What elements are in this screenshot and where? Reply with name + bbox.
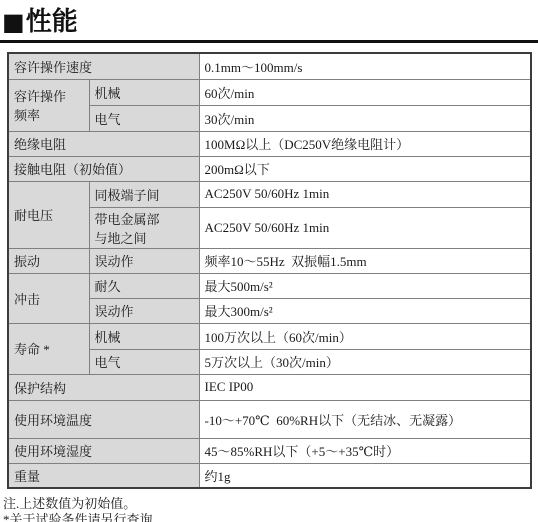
spec-value-cell: IEC IP00 <box>199 374 531 400</box>
table-row: 振动误动作频率10～55Hz 双振幅1.5mm <box>8 248 531 273</box>
spec-sheet-page: ■ 性能 容许操作速度0.1mm～100mm/s容许操作 频率机械60次/min… <box>0 0 538 522</box>
spec-label-cell: 同极端子间 <box>89 181 199 207</box>
table-row: 容许操作 频率机械60次/min <box>8 79 531 105</box>
table-row: 使用环境温度-10～+70℃ 60%RH以下（无结冰、无凝露） <box>8 400 531 438</box>
title-rule <box>0 40 538 43</box>
spec-label-cell: 冲击 <box>8 273 89 323</box>
spec-value-cell: 100MΩ以上（DC250V绝缘电阻计） <box>199 131 531 156</box>
spec-label-cell: 耐久 <box>89 273 199 298</box>
spec-value-cell: 最大300m/s² <box>199 298 531 323</box>
table-row: 重量约1g <box>8 463 531 488</box>
spec-label-cell: 使用环境温度 <box>8 400 199 438</box>
spec-label-cell: 振动 <box>8 248 89 273</box>
spec-label-cell: 使用环境湿度 <box>8 438 199 463</box>
spec-label-cell: 绝缘电阻 <box>8 131 199 156</box>
spec-value-cell: 频率10～55Hz 双振幅1.5mm <box>199 248 531 273</box>
spec-value-cell: 约1g <box>199 463 531 488</box>
footnote-line: *关于试验条件请另行查询 <box>3 512 538 522</box>
spec-label-cell: 带电金属部 与地之间 <box>89 207 199 248</box>
table-row: 绝缘电阻100MΩ以上（DC250V绝缘电阻计） <box>8 131 531 156</box>
table-row: 使用环境湿度45～85%RH以下（+5～+35℃时） <box>8 438 531 463</box>
spec-value-cell: 最大500m/s² <box>199 273 531 298</box>
spec-label-cell: 重量 <box>8 463 199 488</box>
spec-label-cell: 电气 <box>89 105 199 131</box>
table-row: 冲击耐久最大500m/s² <box>8 273 531 298</box>
spec-label-cell: 耐电压 <box>8 181 89 248</box>
spec-value-cell: AC250V 50/60Hz 1min <box>199 207 531 248</box>
spec-table-body: 容许操作速度0.1mm～100mm/s容许操作 频率机械60次/min电气30次… <box>8 53 531 488</box>
footnote-line: 注.上述数值为初始值。 <box>3 496 538 512</box>
table-row: 寿命 *机械100万次以上（60次/min） <box>8 323 531 349</box>
spec-label-cell: 接触电阻（初始值） <box>8 156 199 181</box>
spec-value-cell: 200mΩ以下 <box>199 156 531 181</box>
spec-value-cell: 30次/min <box>199 105 531 131</box>
spec-label-cell: 误动作 <box>89 298 199 323</box>
spec-value-cell: 0.1mm～100mm/s <box>199 53 531 79</box>
section-title-text: 性能 <box>26 7 78 37</box>
spec-value-cell: 5万次以上（30次/min） <box>199 349 531 374</box>
spec-label-cell: 容许操作 频率 <box>8 79 89 131</box>
table-row: 耐电压同极端子间AC250V 50/60Hz 1min <box>8 181 531 207</box>
spec-table: 容许操作速度0.1mm～100mm/s容许操作 频率机械60次/min电气30次… <box>7 52 532 489</box>
spec-value-cell: 60次/min <box>199 79 531 105</box>
spec-label-cell: 容许操作速度 <box>8 53 199 79</box>
table-row: 保护结构IEC IP00 <box>8 374 531 400</box>
spec-label-cell: 寿命 * <box>8 323 89 374</box>
section-marker-icon: ■ <box>2 7 25 37</box>
spec-label-cell: 电气 <box>89 349 199 374</box>
spec-value-cell: 45～85%RH以下（+5～+35℃时） <box>199 438 531 463</box>
spec-label-cell: 机械 <box>89 323 199 349</box>
spec-value-cell: -10～+70℃ 60%RH以下（无结冰、无凝露） <box>199 400 531 438</box>
spec-value-cell: 100万次以上（60次/min） <box>199 323 531 349</box>
footnotes: 注.上述数值为初始值。 *关于试验条件请另行查询 <box>3 496 538 522</box>
spec-label-cell: 机械 <box>89 79 199 105</box>
table-row: 容许操作速度0.1mm～100mm/s <box>8 53 531 79</box>
section-title: ■ 性能 <box>0 0 538 37</box>
table-row: 接触电阻（初始值）200mΩ以下 <box>8 156 531 181</box>
spec-label-cell: 保护结构 <box>8 374 199 400</box>
spec-label-cell: 误动作 <box>89 248 199 273</box>
spec-value-cell: AC250V 50/60Hz 1min <box>199 181 531 207</box>
